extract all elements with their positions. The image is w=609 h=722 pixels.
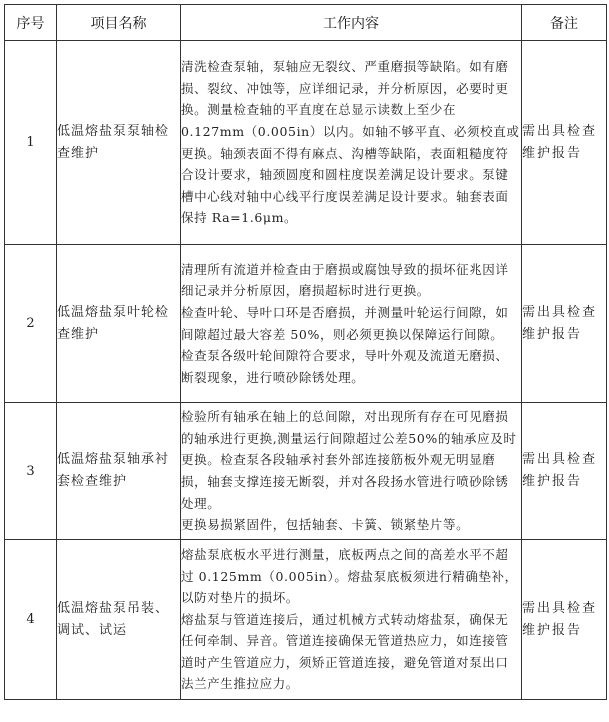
row-remarks: 需出具检查维护报告 [522, 540, 607, 700]
table-row: 1 低温熔盐泵泵轴检查维护 清洗检查泵轴，泵轴应无裂纹、严重磨损等缺陷。如有磨损… [5, 41, 607, 245]
row-index: 3 [5, 403, 57, 540]
table-row: 3 低温熔盐泵轴承衬套检查维护 检验所有轴承在轴上的总间隙，对出现所有存在可见磨… [5, 403, 607, 540]
row-work-content: 熔盐泵底板水平进行测量，底板两点之间的高差水平不超过 0.125mm（0.005… [181, 540, 522, 700]
maintenance-table: 序号 项目名称 工作内容 备注 1 低温熔盐泵泵轴检查维护 清洗检查泵轴，泵轴应… [4, 4, 607, 700]
content-paragraph: 熔盐泵与管道连接后，通过机械方式转动熔盐泵，确保无任何牵制、异音。管道连接确保无… [181, 609, 521, 695]
row-remarks: 需出具检查维护报告 [522, 41, 607, 245]
content-paragraph: 更换易损紧固件，包括轴套、卡簧、锁紧垫片等。 [181, 514, 521, 536]
content-paragraph: 检查泵各级叶轮间隙符合要求，导叶外观及流道无磨损、断裂现象，进行喷砂除锈处理。 [181, 345, 521, 388]
row-item-name: 低温熔盐泵轴承衬套检查维护 [57, 403, 181, 540]
table-row: 4 低温熔盐泵吊装、调试、试运 熔盐泵底板水平进行测量，底板两点之间的高差水平不… [5, 540, 607, 700]
content-paragraph: 检验所有轴承在轴上的总间隙，对出现所有存在可见磨损的轴承进行更换,测量运行间隙超… [181, 406, 521, 514]
row-index: 4 [5, 540, 57, 700]
content-paragraph: 清洗检查泵轴，泵轴应无裂纹、严重磨损等缺陷。如有磨损、裂纹、冲蚀等，应详细记录，… [181, 56, 521, 229]
header-item-name: 项目名称 [57, 5, 181, 41]
row-index: 2 [5, 245, 57, 403]
content-paragraph: 清理所有流道并检查由于磨损或腐蚀导致的损坏征兆因详细记录并分析原因，磨损超标时进… [181, 259, 521, 302]
header-work-content: 工作内容 [181, 5, 522, 41]
row-remarks: 需出具检查维护报告 [522, 403, 607, 540]
row-item-name: 低温熔盐泵泵轴检查维护 [57, 41, 181, 245]
row-work-content: 检验所有轴承在轴上的总间隙，对出现所有存在可见磨损的轴承进行更换,测量运行间隙超… [181, 403, 522, 540]
content-paragraph: 检查叶轮、导叶口环是否磨损，并测量叶轮运行间隙，如间隙超过最大容差 50%，则必… [181, 302, 521, 345]
row-work-content: 清理所有流道并检查由于磨损或腐蚀导致的损坏征兆因详细记录并分析原因，磨损超标时进… [181, 245, 522, 403]
content-paragraph: 熔盐泵底板水平进行测量，底板两点之间的高差水平不超过 0.125mm（0.005… [181, 544, 521, 609]
row-item-name: 低温熔盐泵吊装、调试、试运 [57, 540, 181, 700]
row-work-content: 清洗检查泵轴，泵轴应无裂纹、严重磨损等缺陷。如有磨损、裂纹、冲蚀等，应详细记录，… [181, 41, 522, 245]
row-item-name: 低温熔盐泵叶轮检查维护 [57, 245, 181, 403]
header-row: 序号 项目名称 工作内容 备注 [5, 5, 607, 41]
header-index: 序号 [5, 5, 57, 41]
header-remarks: 备注 [522, 5, 607, 41]
row-index: 1 [5, 41, 57, 245]
table-row: 2 低温熔盐泵叶轮检查维护 清理所有流道并检查由于磨损或腐蚀导致的损坏征兆因详细… [5, 245, 607, 403]
row-remarks: 需出具检查维护报告 [522, 245, 607, 403]
